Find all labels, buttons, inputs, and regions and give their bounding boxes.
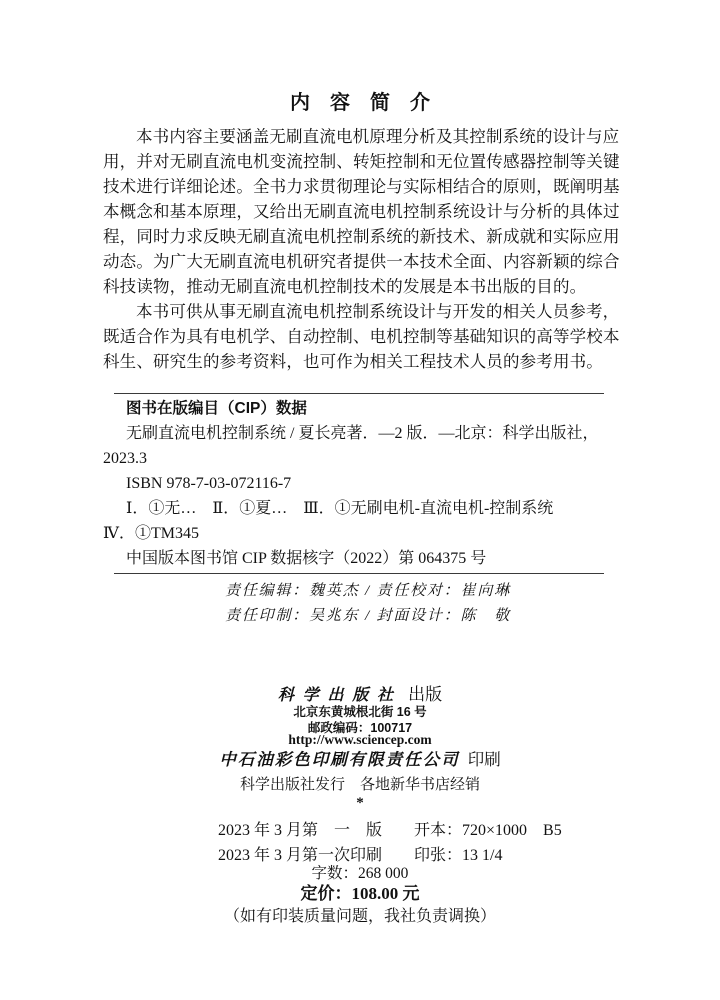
cip-classification-line-2: Ⅳ．①TM345 bbox=[103, 521, 619, 546]
editor-proofreader-credit: 责任编辑：魏英杰 / 责任校对：崔向琳 bbox=[103, 579, 633, 604]
printed-by-label: 印刷 bbox=[468, 750, 501, 769]
book-copyright-page: 内容简介 本书内容主要涵盖无刷直流电机原理分析及其控制系统的设计与应 用，并对无… bbox=[0, 0, 720, 1000]
quality-exchange-note: （如有印装质量问题，我社负责调换） bbox=[0, 903, 720, 926]
cip-header: 图书在版编目（CIP）数据 bbox=[103, 396, 619, 421]
text-line: 技术进行详细论述。全书力求贯彻理论与实际相结合的原则，既阐明基 bbox=[103, 174, 619, 199]
cip-classification-line-1: Ⅰ．①无… Ⅱ．①夏… Ⅲ．①无刷电机-直流电机-控制系统 bbox=[103, 496, 619, 521]
text-line: 用，并对无刷直流电机变流控制、转矩控制和无位置传感器控制等关键 bbox=[103, 149, 619, 174]
section-title: 内容简介 bbox=[103, 86, 617, 115]
text-line: 本书可供从事无刷直流电机控制系统设计与开发的相关人员参考， bbox=[103, 299, 619, 324]
printing-company-name: 中石油彩色印刷有限责任公司 bbox=[219, 750, 459, 769]
cip-title-line: 无刷直流电机控制系统 / 夏长亮著．—2 版．—北京：科学出版社， bbox=[103, 421, 619, 446]
text-line: 本概念和基本原理，又给出无刷直流电机控制系统设计与分析的具体过 bbox=[103, 199, 619, 224]
cip-data-block: 图书在版编目（CIP）数据 无刷直流电机控制系统 / 夏长亮著．—2 版．—北京… bbox=[103, 396, 619, 571]
separator-asterisk: * bbox=[0, 795, 720, 812]
price-line: 定价：108.00 元 bbox=[0, 879, 720, 904]
printer-designer-credit: 责任印制：吴兆东 / 封面设计：陈 敬 bbox=[103, 604, 633, 629]
text-line: 既适合作为具有电机学、自动控制、电机控制等基础知识的高等学校本 bbox=[103, 324, 619, 349]
edition-format-line: 2023 年 3 月第 一 版 开本：720×1000 B5 bbox=[218, 817, 562, 840]
distribution-line: 科学出版社发行 各地新华书店经销 bbox=[0, 773, 720, 794]
divider-line-bottom bbox=[114, 573, 604, 574]
text-line: 科技读物，推动无刷直流电机控制技术的发展是本书出版的目的。 bbox=[103, 274, 619, 299]
text-line: 科生、研究生的参考资料，也可作为相关工程技术人员的参考用书。 bbox=[103, 349, 619, 374]
text-line: 程，同时力求反映无刷直流电机控制系统的新技术、新成就和实际应用 bbox=[103, 224, 619, 249]
summary-paragraph-1: 本书内容主要涵盖无刷直流电机原理分析及其控制系统的设计与应 用，并对无刷直流电机… bbox=[103, 124, 619, 299]
text-line: 动态。为广大无刷直流电机研究者提供一本技术全面、内容新颖的综合 bbox=[103, 249, 619, 274]
summary-paragraph-2: 本书可供从事无刷直流电机控制系统设计与开发的相关人员参考， 既适合作为具有电机学… bbox=[103, 299, 619, 374]
cip-record-number: 中国版本图书馆 CIP 数据核字（2022）第 064375 号 bbox=[103, 546, 619, 571]
printer-line: 中石油彩色印刷有限责任公司 印刷 bbox=[0, 746, 720, 770]
cip-year-line: 2023.3 bbox=[103, 446, 619, 471]
text-line: 本书内容主要涵盖无刷直流电机原理分析及其控制系统的设计与应 bbox=[103, 124, 619, 149]
staff-credits: 责任编辑：魏英杰 / 责任校对：崔向琳 责任印制：吴兆东 / 封面设计：陈 敬 bbox=[103, 579, 633, 629]
cip-isbn: ISBN 978-7-03-072116-7 bbox=[103, 471, 619, 496]
divider-line-top bbox=[114, 393, 604, 394]
